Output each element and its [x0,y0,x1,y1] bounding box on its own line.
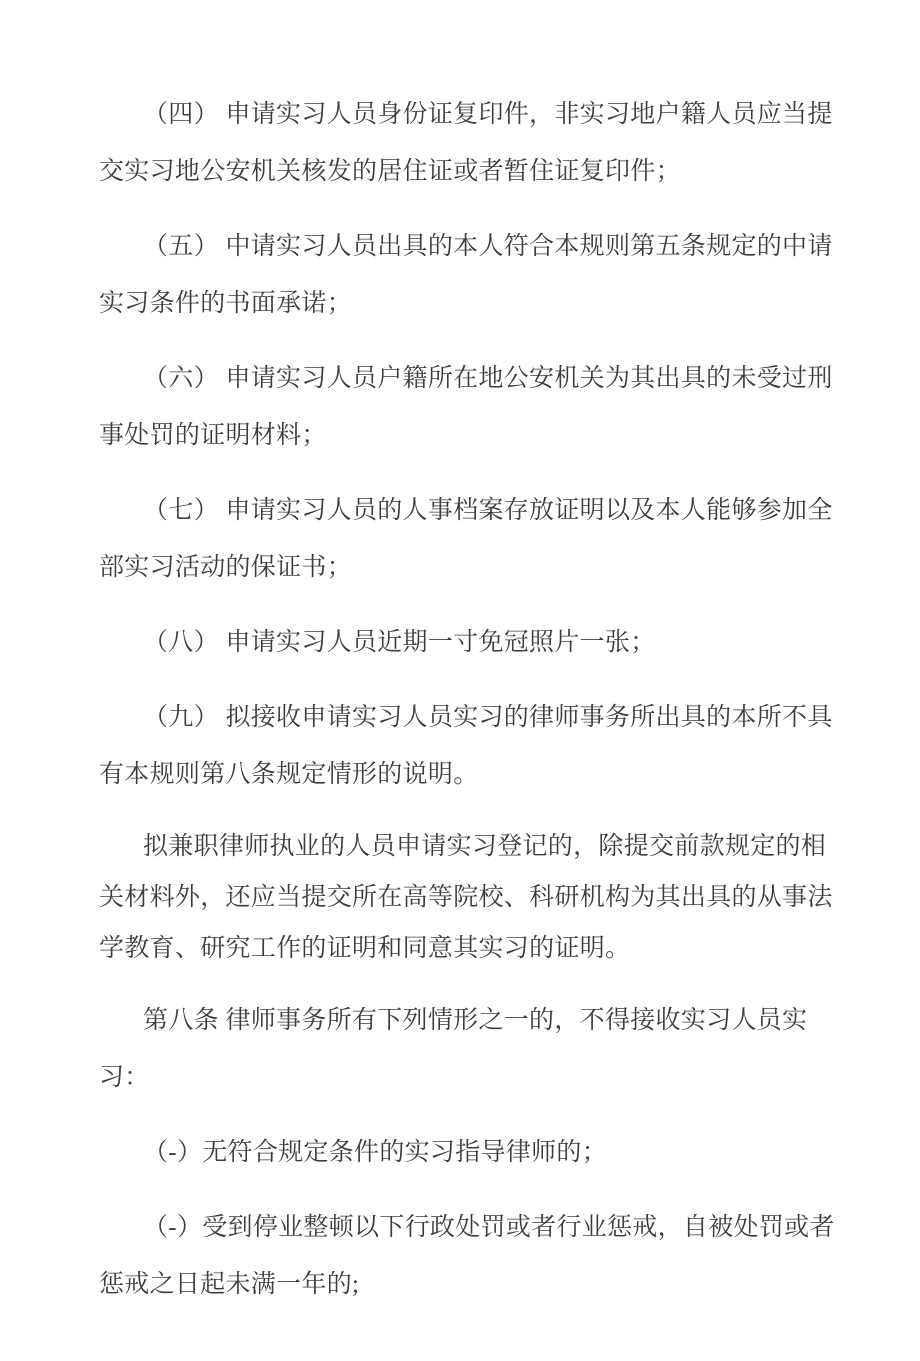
list-item-five: （五） 中请实习人员出具的本人符合本规则第五条规定的中请实习条件的书面承诺； [99,218,836,332]
article-eight-item-2: （-）受到停业整顿以下行政处罚或者行业惩戒，自被处罚或者惩戒之日起未满一年的; [99,1199,836,1313]
list-item-six: （六） 申请实习人员户籍所在地公安机关为其出具的未受过刑事处罚的证明材料； [99,350,836,464]
document-page: （四） 申请实习人员身份证复印件，非实习地户籍人员应当提交实习地公安机关核发的居… [0,0,920,1361]
list-item-four: （四） 申请实习人员身份证复印件，非实习地户籍人员应当提交实习地公安机关核发的居… [99,86,836,200]
article-eight-item-1: （-）无符合规定条件的实习指导律师的； [99,1124,836,1181]
article-eight-heading: 第八条 律师事务所有下列情形之一的，不得接收实习人员实习： [99,992,836,1106]
list-item-eight: （八） 申请实习人员近期一寸免冠照片一张； [99,614,836,671]
clause-part-time-lawyer: 拟兼职律师执业的人员申请实习登记的，除提交前款规定的相关材料外，还应当提交所在高… [99,821,836,974]
list-item-nine: （九） 拟接收申请实习人员实习的律师事务所出具的本所不具有本规则第八条规定情形的… [99,689,836,803]
list-item-seven: （七） 申请实习人员的人事档案存放证明以及本人能够参加全部实习活动的保证书； [99,482,836,596]
